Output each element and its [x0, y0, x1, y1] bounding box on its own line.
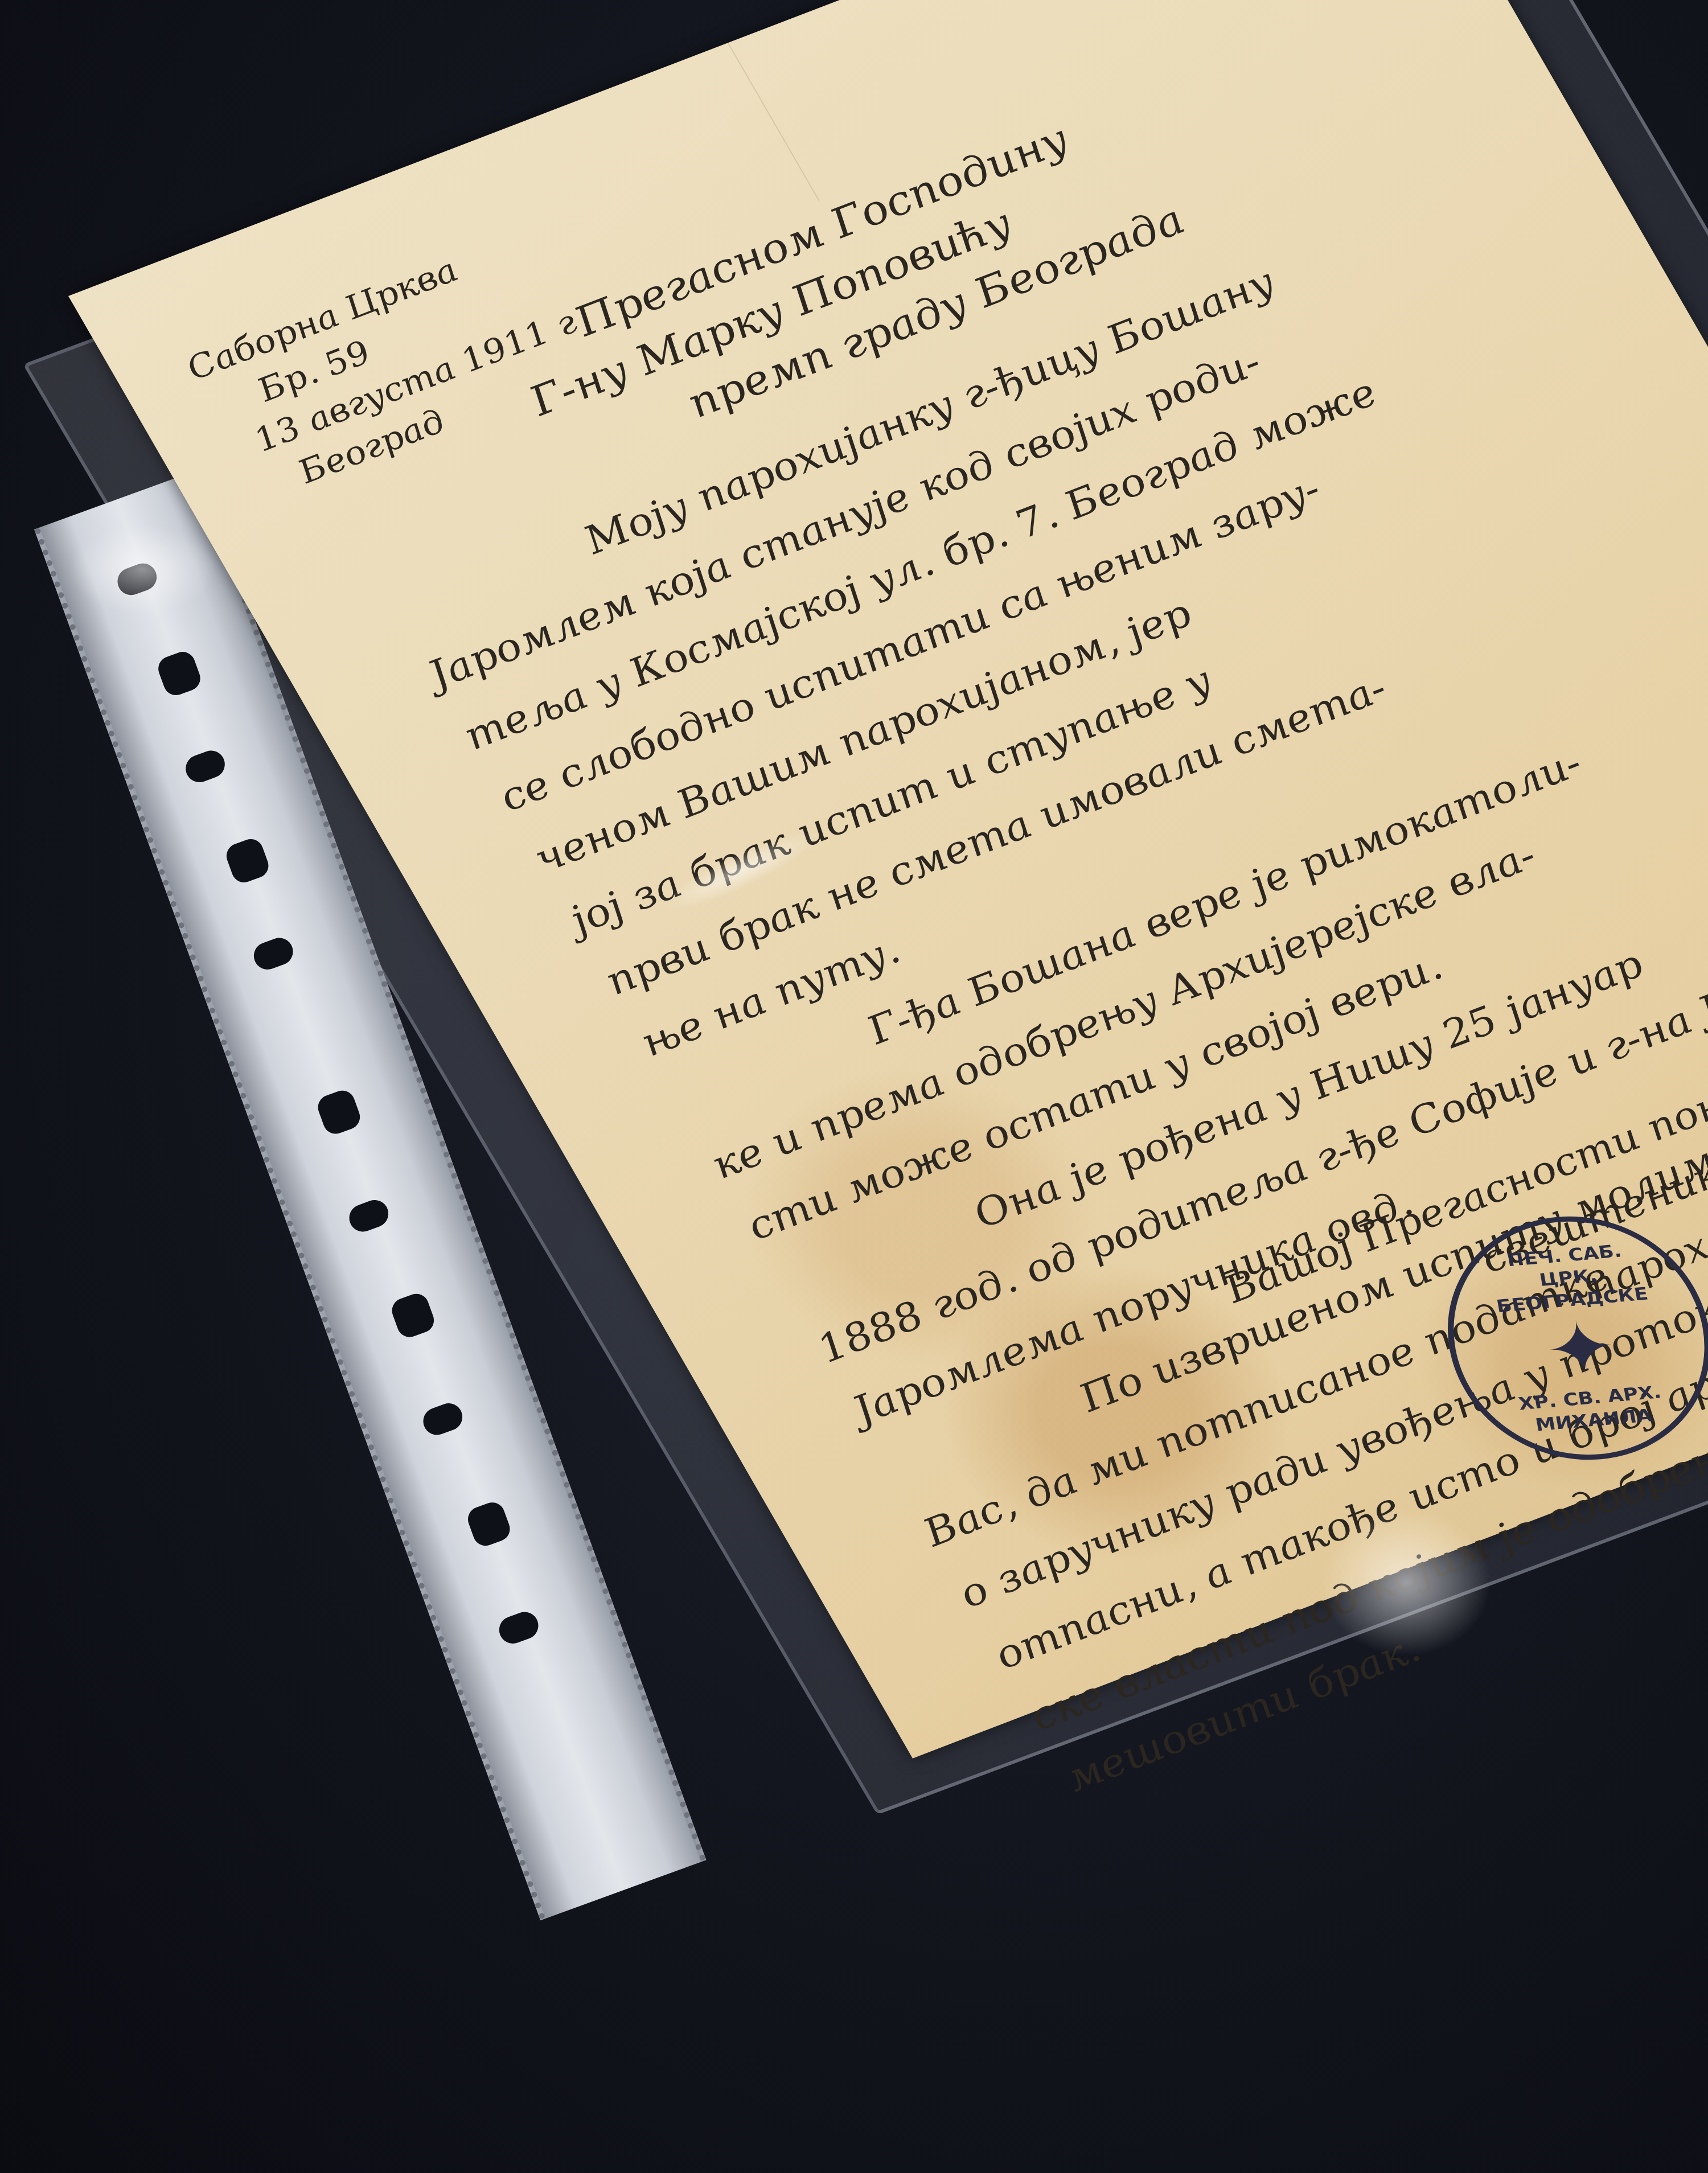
sleeve-glare [1321, 1509, 1492, 1657]
punch-hole [155, 648, 204, 699]
sleeve-glare [68, 524, 216, 615]
punch-hole [495, 1608, 542, 1648]
punch-hole [388, 1291, 437, 1341]
punch-hole [465, 1499, 514, 1549]
punch-hole [314, 1087, 363, 1137]
punch-hole [420, 1399, 466, 1439]
paper-fold-line [728, 43, 820, 201]
punch-hole [346, 1196, 392, 1235]
punch-hole [182, 747, 228, 786]
punch-hole [250, 934, 297, 973]
photo-scene: Саборна Црква Бр. 59 13 августа 1911 г Б… [0, 0, 1708, 2173]
archangel-icon: ✦ [1486, 1304, 1676, 1395]
punch-hole [223, 836, 272, 886]
